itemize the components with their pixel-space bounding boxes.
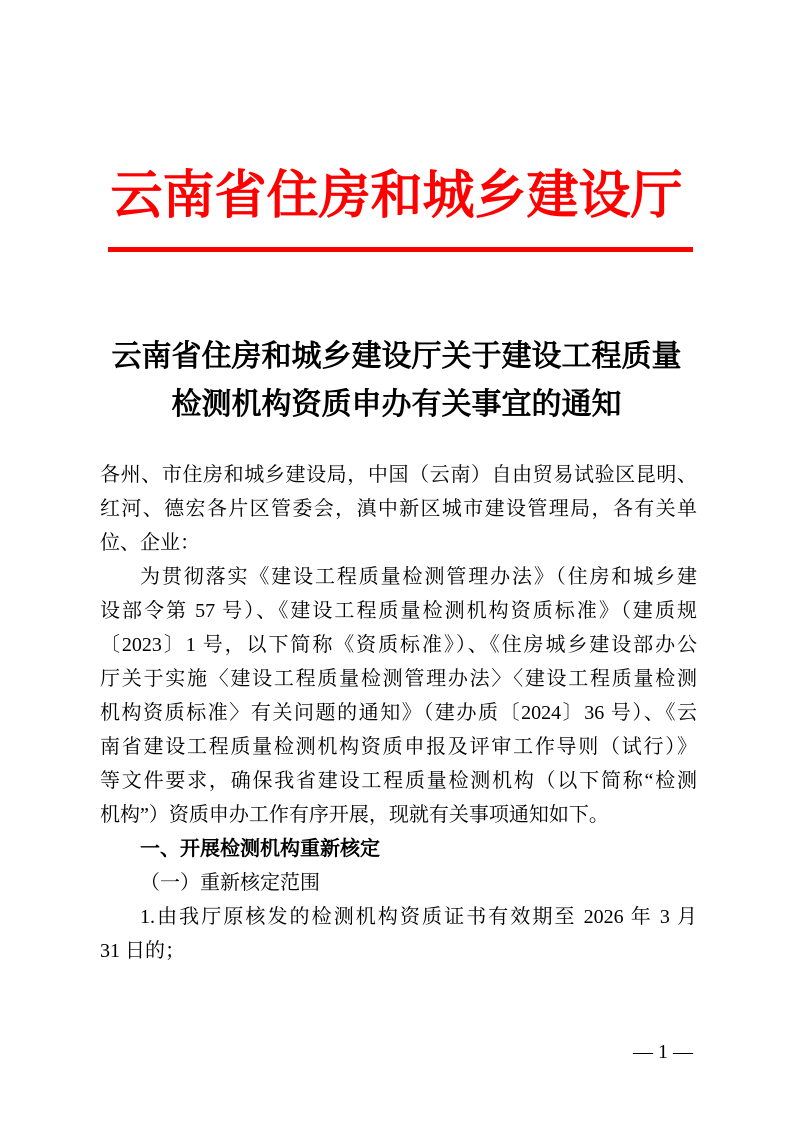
subsection-heading: （一）重新核定范围 <box>100 866 697 900</box>
body-line: 等文件要求，确保我省建设工程质量检测机构（以下简称“检测 <box>100 764 697 798</box>
salutation-line: 红河、德宏各片区管委会，滇中新区城市建设管理局，各有关单 <box>100 492 697 526</box>
body-line: 机构资质标准〉有关问题的通知》（建办质〔2024〕36 号）、《云 <box>100 696 697 730</box>
salutation-line: 位、企业： <box>100 526 697 560</box>
document-title-line-1: 云南省住房和城乡建设厅关于建设工程质量 <box>0 333 793 381</box>
document-title-line-2: 检测机构资质申办有关事宜的通知 <box>0 381 793 429</box>
page-number: — 1 — <box>100 1040 697 1064</box>
document-title: 云南省住房和城乡建设厅关于建设工程质量 检测机构资质申办有关事宜的通知 <box>0 333 793 429</box>
salutation-line: 各州、市住房和城乡建设局，中国（云南）自由贸易试验区昆明、 <box>100 458 697 492</box>
body-line: 南省建设工程质量检测机构资质申报及评审工作导则（试行）》 <box>100 730 697 764</box>
body-line: 〔2023〕1 号，以下简称《资质标准》）、《住房城乡建设部办公 <box>100 628 697 662</box>
section-heading: 一、开展检测机构重新核定 <box>100 832 697 866</box>
body-line: 31 日的； <box>100 934 697 968</box>
body-line: 为贯彻落实《建设工程质量检测管理办法》（住房和城乡建 <box>100 560 697 594</box>
red-divider-line <box>108 247 693 252</box>
body-line: 设部令第 57 号）、《建设工程质量检测机构资质标准》（建质规 <box>100 594 697 628</box>
masthead-title: 云南省住房和城乡建设厅 <box>0 166 793 226</box>
document-page: 云南省住房和城乡建设厅 云南省住房和城乡建设厅关于建设工程质量 检测机构资质申办… <box>0 0 793 1122</box>
document-body: 各州、市住房和城乡建设局，中国（云南）自由贸易试验区昆明、 红河、德宏各片区管委… <box>100 458 697 968</box>
body-line: 厅关于实施〈建设工程质量检测管理办法〉〈建设工程质量检测 <box>100 662 697 696</box>
body-line: 1.由我厅原核发的检测机构资质证书有效期至 2026 年 3 月 <box>100 900 697 934</box>
body-line: 机构”）资质申办工作有序开展，现就有关事项通知如下。 <box>100 798 697 832</box>
